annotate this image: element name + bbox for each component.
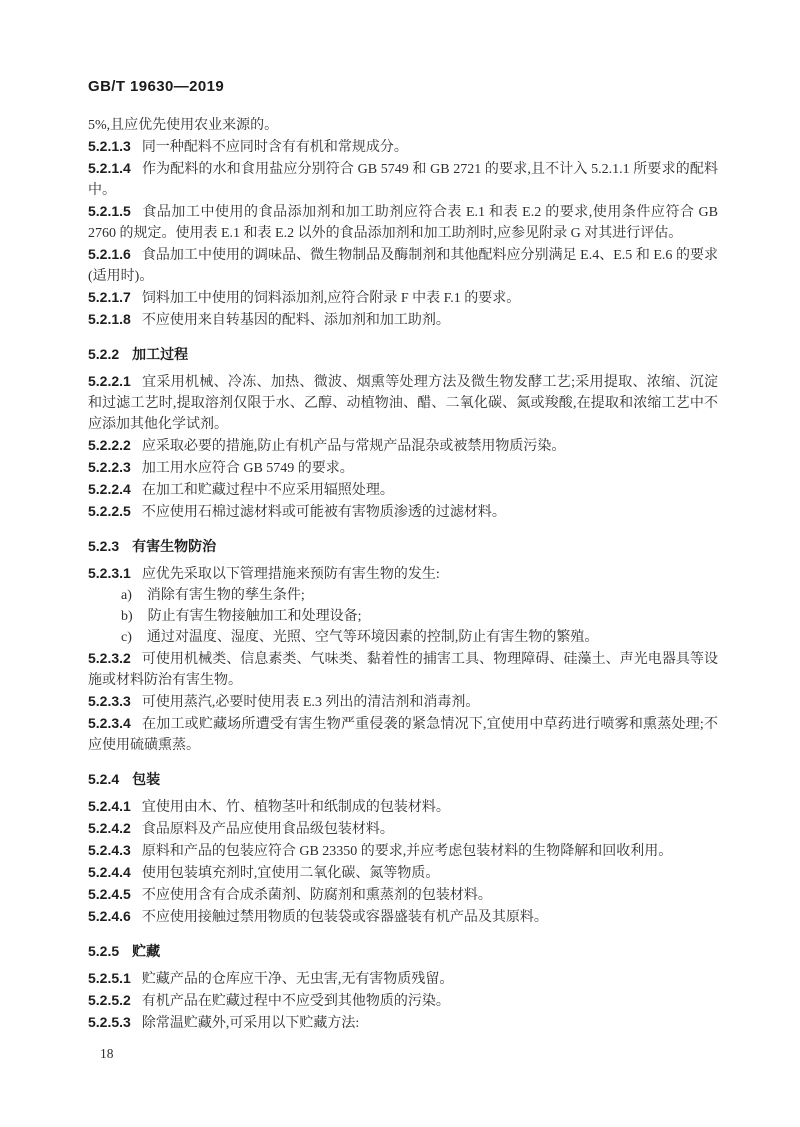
clause-5-2-1-4: 5.2.1.4作为配料的水和食用盐应分别符合 GB 5749 和 GB 2721… (88, 158, 718, 201)
clause-text: 在加工和贮藏过程中不应采用辐照处理。 (142, 483, 394, 498)
clause-number: 5.2.2.1 (88, 373, 131, 389)
clause-number: 5.2.2.5 (88, 503, 131, 519)
clause-5-2-2-5: 5.2.2.5不应使用石棉过滤材料或可能被有害物质渗透的过滤材料。 (88, 501, 718, 523)
section-number: 5.2.5 (88, 943, 119, 959)
clause-number: 5.2.1.4 (88, 160, 131, 176)
clause-5-2-1-6: 5.2.1.6食品加工中使用的调味品、微生物制品及酶制剂和其他配料应分别满足 E… (88, 244, 718, 287)
clause-number: 5.2.4.5 (88, 886, 131, 902)
paragraph-continuation: 5%,且应优先使用农业来源的。 (88, 115, 718, 136)
clause-number: 5.2.1.8 (88, 311, 131, 327)
clause-text: 除常温贮藏外,可采用以下贮藏方法: (142, 1016, 359, 1031)
clause-5-2-4-2: 5.2.4.2食品原料及产品应使用食品级包装材料。 (88, 818, 718, 840)
section-number: 5.2.4 (88, 771, 119, 787)
list-text: 消除有害生物的孳生条件; (147, 588, 305, 603)
clause-5-2-4-1: 5.2.4.1宜使用由木、竹、植物茎叶和纸制成的包装材料。 (88, 796, 718, 818)
clause-5-2-3-1: 5.2.3.1应优先采取以下管理措施来预防有害生物的发生: (88, 563, 718, 585)
clause-5-2-3-3: 5.2.3.3可使用蒸汽,必要时使用表 E.3 列出的清洁剂和消毒剂。 (88, 691, 718, 713)
clause-text: 原料和产品的包装应符合 GB 23350 的要求,并应考虑包装材料的生物降解和回… (142, 844, 672, 859)
clause-text: 不应使用接触过禁用物质的包装袋或容器盛装有机产品及其原料。 (142, 910, 548, 925)
clause-5-2-4-6: 5.2.4.6不应使用接触过禁用物质的包装袋或容器盛装有机产品及其原料。 (88, 906, 718, 928)
clause-5-2-2-2: 5.2.2.2应采取必要的措施,防止有机产品与常规产品混杂或被禁用物质污染。 (88, 435, 718, 457)
clause-text: 加工用水应符合 GB 5749 的要求。 (142, 461, 354, 476)
clause-text: 应优先采取以下管理措施来预防有害生物的发生: (142, 567, 440, 582)
clause-number: 5.2.3.4 (88, 715, 131, 731)
clause-text: 在加工或贮藏场所遭受有害生物严重侵袭的紧急情况下,宜使用中草药进行喷雾和熏蒸处理… (88, 717, 718, 753)
clause-number: 5.2.4.6 (88, 908, 131, 924)
clause-number: 5.2.1.5 (88, 203, 131, 219)
clause-number: 5.2.4.1 (88, 798, 131, 814)
section-title: 有害生物防治 (132, 538, 216, 554)
document-body: 5%,且应优先使用农业来源的。 5.2.1.3同一种配料不应同时含有有机和常规成… (88, 115, 718, 1064)
clause-text: 宜采用机械、冷冻、加热、微波、烟熏等处理方法及微生物发酵工艺;采用提取、浓缩、沉… (88, 375, 718, 432)
clause-number: 5.2.4.4 (88, 864, 131, 880)
clause-text: 同一种配料不应同时含有有机和常规成分。 (142, 140, 408, 155)
paragraph-text: 5%,且应优先使用农业来源的。 (88, 118, 278, 133)
clause-5-2-1-5: 5.2.1.5食品加工中使用的食品添加剂和加工助剂应符合表 E.1 和表 E.2… (88, 201, 718, 244)
clause-5-2-5-1: 5.2.5.1贮藏产品的仓库应干净、无虫害,无有害物质残留。 (88, 968, 718, 990)
clause-text: 使用包装填充剂时,宜使用二氧化碳、氮等物质。 (142, 866, 440, 881)
clause-text: 不应使用含有合成杀菌剂、防腐剂和熏蒸剂的包装材料。 (142, 888, 492, 903)
clause-text: 食品原料及产品应使用食品级包装材料。 (142, 822, 394, 837)
clause-5-2-3-2: 5.2.3.2可使用机械类、信息素类、气味类、黏着性的捕害工具、物理障碍、硅藻土… (88, 648, 718, 691)
list-marker: c) (121, 630, 132, 645)
clause-5-2-2-3: 5.2.2.3加工用水应符合 GB 5749 的要求。 (88, 457, 718, 479)
clause-number: 5.2.4.2 (88, 820, 131, 836)
clause-text: 不应使用来自转基因的配料、添加剂和加工助剂。 (142, 313, 450, 328)
clause-5-2-2-1: 5.2.2.1宜采用机械、冷冻、加热、微波、烟熏等处理方法及微生物发酵工艺;采用… (88, 371, 718, 435)
list-marker: a) (121, 588, 132, 603)
clause-number: 5.2.5.3 (88, 1014, 131, 1030)
clause-5-2-5-3: 5.2.5.3除常温贮藏外,可采用以下贮藏方法: (88, 1012, 718, 1034)
clause-number: 5.2.1.7 (88, 289, 131, 305)
clause-text: 食品加工中使用的调味品、微生物制品及酶制剂和其他配料应分别满足 E.4、E.5 … (88, 248, 718, 284)
list-item-a: a)消除有害生物的孳生条件; (88, 585, 718, 606)
clause-text: 可使用蒸汽,必要时使用表 E.3 列出的清洁剂和消毒剂。 (142, 695, 480, 710)
clause-5-2-1-8: 5.2.1.8不应使用来自转基因的配料、添加剂和加工助剂。 (88, 309, 718, 331)
clause-number: 5.2.1.3 (88, 138, 131, 154)
clause-number: 5.2.5.1 (88, 970, 131, 986)
clause-number: 5.2.2.4 (88, 481, 131, 497)
section-heading-5-2-4: 5.2.4包装 (88, 769, 718, 790)
clause-number: 5.2.3.2 (88, 650, 131, 666)
clause-5-2-5-2: 5.2.5.2有机产品在贮藏过程中不应受到其他物质的污染。 (88, 990, 718, 1012)
clause-number: 5.2.2.3 (88, 459, 131, 475)
clause-text: 贮藏产品的仓库应干净、无虫害,无有害物质残留。 (142, 972, 454, 987)
document-page: GB/T 19630—2019 5%,且应优先使用农业来源的。 5.2.1.3同… (0, 0, 800, 1127)
page-number: 18 (100, 1043, 718, 1064)
list-text: 防止有害生物接触加工和处理设备; (148, 609, 362, 624)
clause-5-2-4-5: 5.2.4.5不应使用含有合成杀菌剂、防腐剂和熏蒸剂的包装材料。 (88, 884, 718, 906)
section-number: 5.2.2 (88, 346, 119, 362)
clause-number: 5.2.3.1 (88, 565, 131, 581)
clause-number: 5.2.3.3 (88, 693, 131, 709)
section-title: 包装 (132, 771, 160, 787)
list-text: 通过对温度、湿度、光照、空气等环境因素的控制,防止有害生物的繁殖。 (147, 630, 599, 645)
clause-5-2-2-4: 5.2.2.4在加工和贮藏过程中不应采用辐照处理。 (88, 479, 718, 501)
section-heading-5-2-2: 5.2.2加工过程 (88, 344, 718, 365)
clause-5-2-1-3: 5.2.1.3同一种配料不应同时含有有机和常规成分。 (88, 136, 718, 158)
clause-text: 不应使用石棉过滤材料或可能被有害物质渗透的过滤材料。 (142, 505, 506, 520)
standard-number-header: GB/T 19630—2019 (88, 78, 718, 95)
section-heading-5-2-3: 5.2.3有害生物防治 (88, 536, 718, 557)
clause-5-2-1-7: 5.2.1.7饲料加工中使用的饲料添加剂,应符合附录 F 中表 F.1 的要求。 (88, 287, 718, 309)
clause-text: 饲料加工中使用的饲料添加剂,应符合附录 F 中表 F.1 的要求。 (142, 291, 520, 306)
clause-5-2-4-4: 5.2.4.4使用包装填充剂时,宜使用二氧化碳、氮等物质。 (88, 862, 718, 884)
section-heading-5-2-5: 5.2.5贮藏 (88, 941, 718, 962)
section-title: 贮藏 (132, 943, 160, 959)
clause-number: 5.2.4.3 (88, 842, 131, 858)
clause-number: 5.2.2.2 (88, 437, 131, 453)
clause-5-2-4-3: 5.2.4.3原料和产品的包装应符合 GB 23350 的要求,并应考虑包装材料… (88, 840, 718, 862)
section-title: 加工过程 (132, 346, 188, 362)
clause-text: 有机产品在贮藏过程中不应受到其他物质的污染。 (142, 994, 450, 1009)
clause-text: 宜使用由木、竹、植物茎叶和纸制成的包装材料。 (142, 800, 450, 815)
clause-number: 5.2.1.6 (88, 246, 131, 262)
clause-text: 食品加工中使用的食品添加剂和加工助剂应符合表 E.1 和表 E.2 的要求,使用… (88, 205, 718, 241)
list-item-b: b)防止有害生物接触加工和处理设备; (88, 606, 718, 627)
section-number: 5.2.3 (88, 538, 119, 554)
list-item-c: c)通过对温度、湿度、光照、空气等环境因素的控制,防止有害生物的繁殖。 (88, 627, 718, 648)
list-marker: b) (121, 609, 133, 624)
clause-text: 应采取必要的措施,防止有机产品与常规产品混杂或被禁用物质污染。 (142, 439, 566, 454)
clause-5-2-3-4: 5.2.3.4在加工或贮藏场所遭受有害生物严重侵袭的紧急情况下,宜使用中草药进行… (88, 713, 718, 756)
clause-text: 作为配料的水和食用盐应分别符合 GB 5749 和 GB 2721 的要求,且不… (88, 162, 718, 198)
clause-number: 5.2.5.2 (88, 992, 131, 1008)
clause-text: 可使用机械类、信息素类、气味类、黏着性的捕害工具、物理障碍、硅藻土、声光电器具等… (88, 652, 718, 688)
